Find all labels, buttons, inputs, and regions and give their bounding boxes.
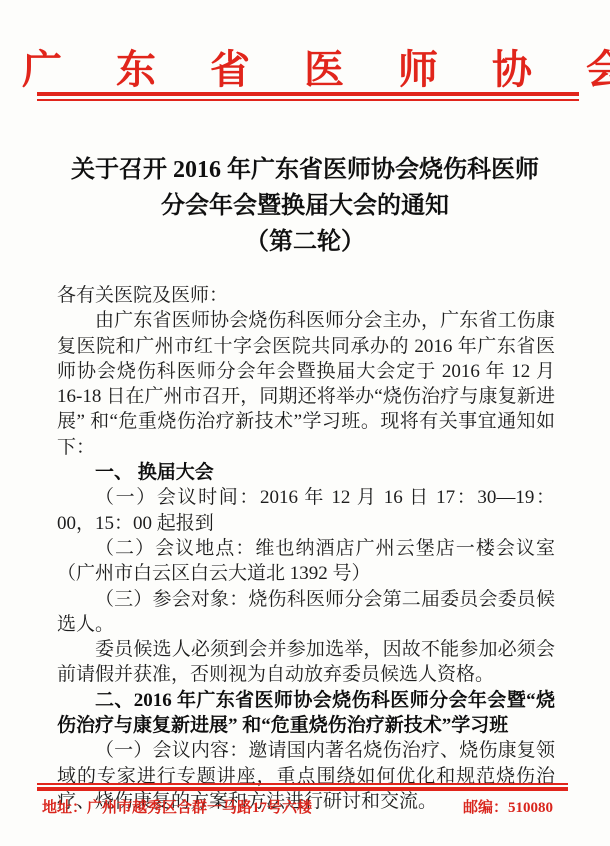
meeting-place-paragraph: （二）会议地点：维也纳酒店广州云堡店一楼会议室（广州市白云区白云大道北 1392… bbox=[57, 536, 555, 587]
section-heading-2: 二、2016 年广东省医师协会烧伤科医师分会年会暨“烧伤治疗与康复新进展” 和“… bbox=[57, 688, 555, 739]
footer-postcode: 邮编：510080 bbox=[463, 796, 553, 817]
doc-title-line3: （第二轮） bbox=[0, 224, 610, 260]
doc-body: 各有关医院及医师： 由广东省医师协会烧伤科医师分会主办，广东省工伤康复医院和广州… bbox=[57, 283, 555, 814]
attendance-rule-paragraph: 委员候选人必须到会并参加选举，因故不能参加必须会前请假并获准，否则视为自动放弃委… bbox=[57, 637, 555, 688]
letterhead-org-name: 广 东 省 医 师 协 会 bbox=[0, 38, 610, 95]
salutation: 各有关医院及医师： bbox=[57, 283, 555, 308]
doc-title: 关于召开 2016 年广东省医师协会烧伤科医师 分会年会暨换届大会的通知 （第二… bbox=[0, 152, 610, 260]
doc-footer: 地址：广州市越秀区合群一马路17号六楼 邮编：510080 bbox=[42, 796, 553, 817]
section-heading-1: 一、 换届大会 bbox=[57, 460, 555, 485]
document-page: 广 东 省 医 师 协 会 关于召开 2016 年广东省医师协会烧伤科医师 分会… bbox=[0, 0, 610, 846]
doc-title-line1: 关于召开 2016 年广东省医师协会烧伤科医师 bbox=[0, 152, 610, 188]
footer-address: 地址：广州市越秀区合群一马路17号六楼 bbox=[42, 796, 312, 817]
meeting-time-paragraph: （一）会议时间：2016 年 12 月 16 日 17：30—19：00，15：… bbox=[57, 485, 555, 536]
intro-paragraph: 由广东省医师协会烧伤科医师分会主办，广东省工伤康复医院和广州市红十字会医院共同承… bbox=[57, 308, 555, 460]
letterhead-divider bbox=[37, 92, 579, 101]
footer-divider bbox=[37, 783, 568, 791]
attendees-paragraph: （三）参会对象：烧伤科医师分会第二届委员会委员候选人。 bbox=[57, 587, 555, 638]
doc-title-line2: 分会年会暨换届大会的通知 bbox=[0, 188, 610, 224]
